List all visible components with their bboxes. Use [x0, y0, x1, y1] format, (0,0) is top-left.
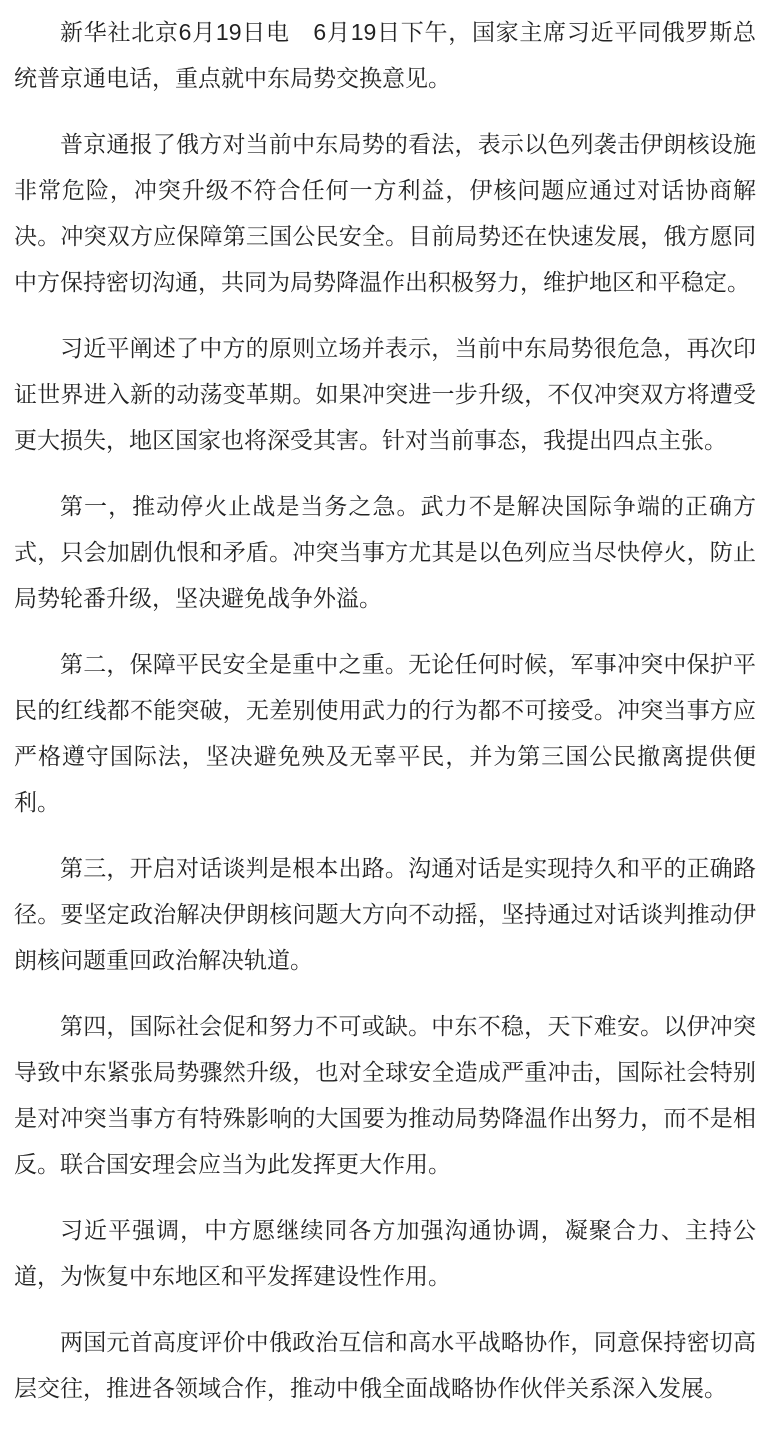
article-page: 新华社北京6月19日电 6月19日下午，国家主席习近平同俄罗斯总统普京通电话，重…	[0, 0, 770, 1411]
article-paragraph-point-3: 第三，开启对话谈判是根本出路。沟通对话是实现持久和平的正确路径。要坚定政治解决伊…	[14, 845, 756, 983]
article-paragraph-point-1: 第一，推动停火止战是当务之急。武力不是解决国际争端的正确方式，只会加剧仇恨和矛盾…	[14, 483, 756, 621]
article-paragraph-dateline: 新华社北京6月19日电 6月19日下午，国家主席习近平同俄罗斯总统普京通电话，重…	[14, 9, 756, 101]
article-body: 新华社北京6月19日电 6月19日下午，国家主席习近平同俄罗斯总统普京通电话，重…	[14, 9, 756, 1411]
article-paragraph-point-4: 第四，国际社会促和努力不可或缺。中东不稳，天下难安。以伊冲突导致中东紧张局势骤然…	[14, 1003, 756, 1187]
article-paragraph-putin-remarks: 普京通报了俄方对当前中东局势的看法，表示以色列袭击伊朗核设施非常危险，冲突升级不…	[14, 121, 756, 305]
article-paragraph-point-2: 第二，保障平民安全是重中之重。无论任何时候，军事冲突中保护平民的红线都不能突破，…	[14, 641, 756, 825]
article-paragraph-xi-position: 习近平阐述了中方的原则立场并表示，当前中东局势很危急，再次印证世界进入新的动荡变…	[14, 325, 756, 463]
article-paragraph-bilateral-ties: 两国元首高度评价中俄政治互信和高水平战略协作，同意保持密切高层交往，推进各领域合…	[14, 1319, 756, 1411]
article-paragraph-xi-emphasis: 习近平强调，中方愿继续同各方加强沟通协调，凝聚合力、主持公道，为恢复中东地区和平…	[14, 1207, 756, 1299]
